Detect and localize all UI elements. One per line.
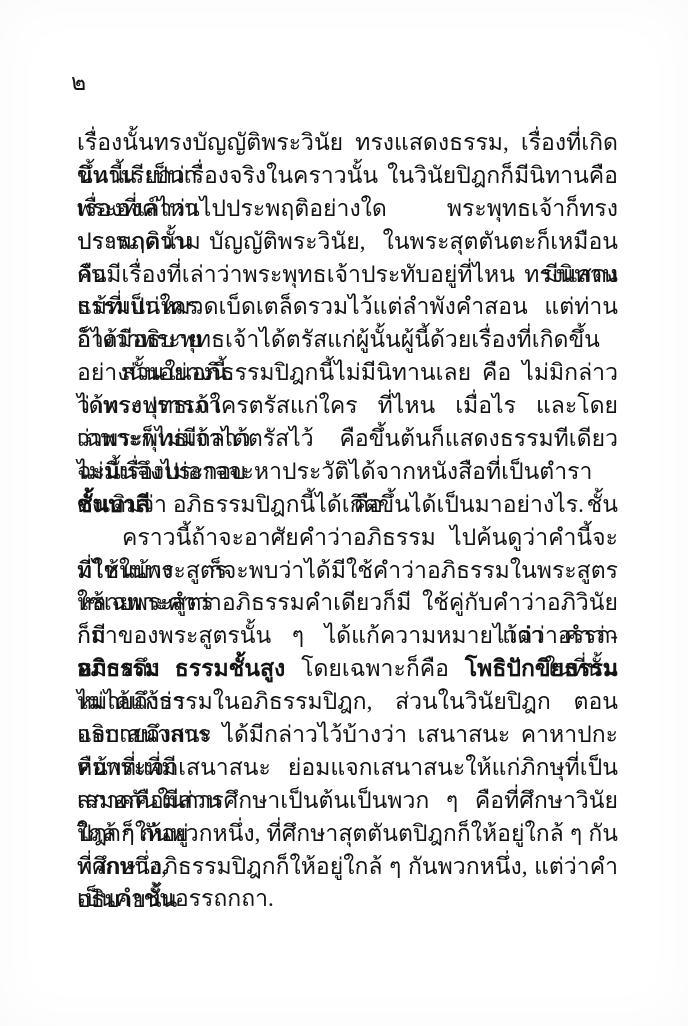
text-line: เรื่องนั้นทรงบัญญัติพระวินัย ทรงแสดงธรรม… (77, 127, 618, 160)
text-segment: ดั้งเดิมว่า อภิธรรมปิฎกนี้ได้เกิดขึ้นได้… (77, 492, 584, 517)
text-line: อ้างว่าพระพุทธเจ้าได้ตรัสแก่ผู้นั้นผู้นี… (77, 324, 618, 357)
text-line: ว่าพระพุทธเจ้าได้ตรัสไว้ คือขึ้นต้นก็แสด… (77, 423, 618, 456)
text-line: หมายถึงธรรมในอภิธรรมปิฎก, ส่วนในวินัยปิฎ… (77, 686, 618, 719)
paragraph: เรื่องนั้นทรงบัญญัติพระวินัย ทรงแสดงธรรม… (77, 127, 618, 357)
text-line: ดั้งเดิมว่า อภิธรรมปิฎกนี้ได้เกิดขึ้นได้… (77, 489, 618, 522)
text-line: ที่ไหนบ้าง ก็จะพบว่าได้มีใช้คำว่าอภิธรรม… (77, 555, 618, 588)
text-line: แม้ที่เป็นหมวดเบ็ดเตล็ดรวมไว้แต่ลำพังคำส… (77, 291, 618, 324)
text-line: เป็นคำชั้นอรรถกถา. (77, 883, 618, 916)
text-line: ส่วนในอภิธรรมปิฎกนี้ไม่มีนิทานเลย คือ ไม… (77, 357, 618, 390)
text-line: ประพฤตินั้น บัญญัติพระวินัย, ในพระสุตตัน… (77, 226, 618, 259)
text-line: นิทาน เป็นเรื่องจริงในคราวนั้น ในวินัยปิ… (77, 160, 618, 193)
text-line: ที่ศึกษาอภิธรรมปิฎกก็ให้อยู่ใกล้ ๆ กันพว… (77, 851, 618, 884)
text-segment: กถาของพระสูตรนั้น ๆ ได้แก้ความหมายไว้ว่า… (77, 623, 618, 648)
text-line: ใกล้ ๆ กันพวกหนึ่ง, ที่ศึกษาสุตตันตปิฎกก… (77, 818, 618, 851)
text-line: ได้ทรงปรารภใครตรัสแก่ใคร ที่ไหน เมื่อไร … (77, 390, 618, 423)
text-segment: เป็นคำชั้นอรรถกถา. (77, 886, 274, 911)
text-block: เรื่องนั้นทรงบัญญัติพระวินัย ทรงแสดงธรรม… (77, 127, 618, 916)
book-page: ๒ เรื่องนั้นทรงบัญญัติพระวินัย ทรงแสดงธร… (0, 0, 688, 1026)
text-line: หน้าที่แจกเสนาสนะ ย่อมแจกเสนาสนะให้แก่ภิ… (77, 752, 618, 785)
text-line: กถาของพระสูตรนั้น ๆ ได้แก้ความหมายไว้ว่า… (77, 620, 618, 653)
text-line: หมายถึง ธรรมชั้นสูง โดยเฉพาะก็คือ โพธิปั… (77, 653, 618, 686)
text-line: คราวนี้ถ้าจะอาศัยคำว่าอภิธรรม ไปค้นดูว่า… (77, 522, 618, 555)
text-line: ใช้เฉพาะคำว่าอภิธรรมคำเดียวก็มี ใช้คู่กั… (77, 587, 618, 620)
text-line: เสมอกันในการศึกษาเป็นต้นเป็นพวก ๆ คือที่… (77, 785, 618, 818)
bold-term: ธรรมชั้นสูง (175, 656, 286, 681)
text-segment: ฉะนั้นจึงไม่อาจจะหาประวัติได้จากหนังสือท… (77, 459, 592, 484)
text-line: พระองค์ไหนไปประพฤติอย่างใด พระพุทธเจ้าก็… (77, 193, 618, 226)
paragraph: คราวนี้ถ้าจะอาศัยคำว่าอภิธรรม ไปค้นดูว่า… (77, 522, 618, 917)
text-line: คือมีเรื่องที่เล่าว่าพระพุทธเจ้าประทับอย… (77, 259, 618, 292)
text-segment: หมายถึง (77, 656, 175, 681)
page-number: ๒ (71, 68, 86, 98)
paragraph: ส่วนในอภิธรรมปิฎกนี้ไม่มีนิทานเลย คือ ไม… (77, 357, 618, 521)
bold-term: โพธิปักขิยธรรม (465, 656, 618, 681)
text-line: ฉะนั้นจึงไม่อาจจะหาประวัติได้จากหนังสือท… (77, 456, 618, 489)
text-segment: โดยเฉพาะก็คือ (285, 656, 465, 681)
text-line: แจกเสนาสนะ ได้มีกล่าวไว้บ้างว่า เสนาสนะ … (77, 719, 618, 752)
